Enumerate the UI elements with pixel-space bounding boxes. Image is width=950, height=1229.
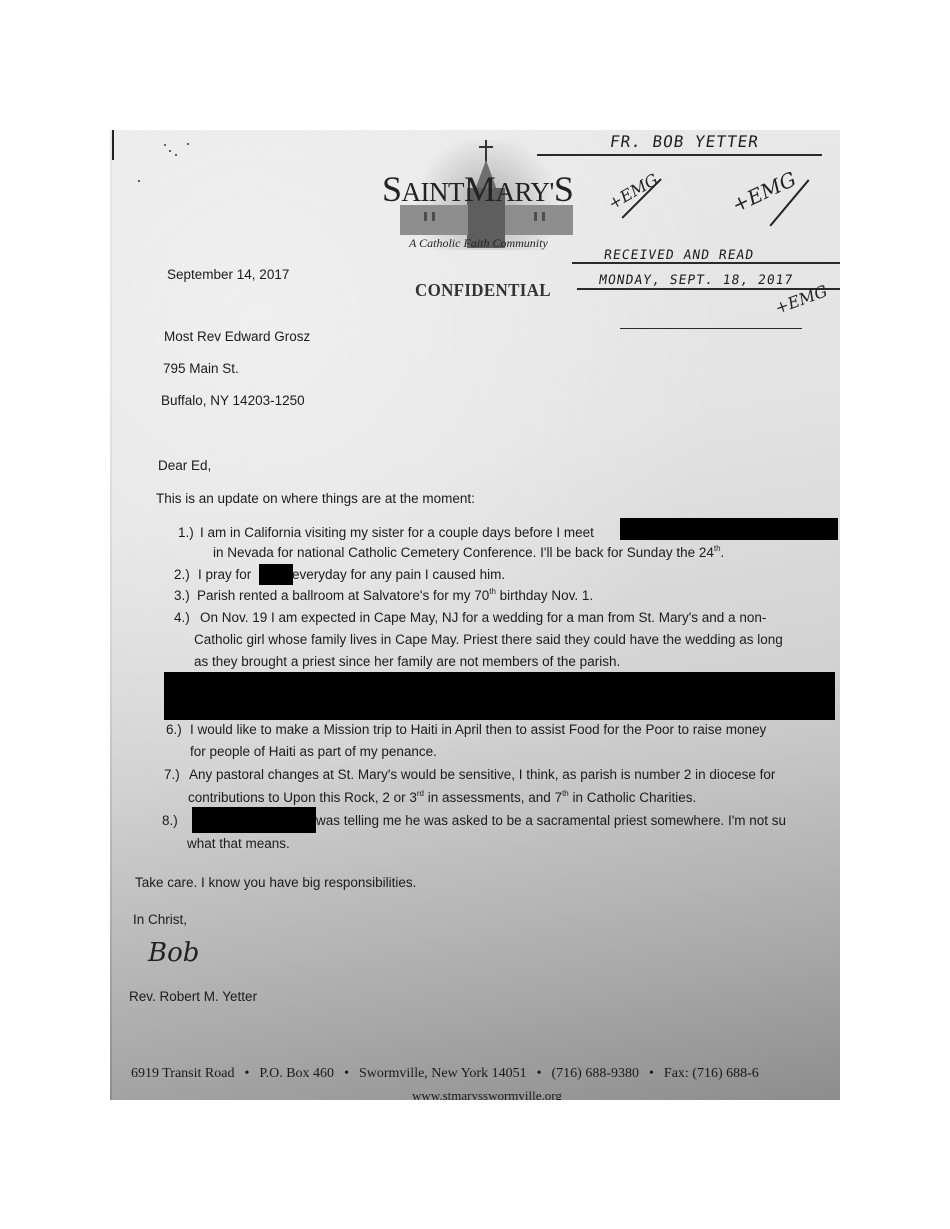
handwritten-received-note: RECEIVED AND READ bbox=[603, 248, 755, 263]
redaction-box bbox=[620, 518, 838, 540]
item-text: I would like to make a Mission trip to H… bbox=[190, 722, 766, 737]
item-text: what that means. bbox=[187, 836, 290, 851]
handwritten-underline bbox=[572, 262, 840, 264]
item-number: 2.) bbox=[174, 567, 190, 582]
church-window-icon bbox=[432, 212, 435, 221]
recipient-name: Most Rev Edward Grosz bbox=[164, 329, 310, 344]
item-text: Catholic girl whose family lives in Cape… bbox=[194, 632, 783, 647]
item-text: I pray for bbox=[198, 567, 251, 582]
handwritten-initials: +EMG bbox=[728, 167, 800, 217]
parish-footer-address: 6919 Transit Road•P.O. Box 460•Swormvill… bbox=[131, 1066, 759, 1082]
item-text: in Nevada for national Catholic Cemetery… bbox=[213, 545, 724, 560]
item-number: 4.) bbox=[174, 610, 190, 625]
redaction-box bbox=[259, 564, 293, 585]
signature: Bob bbox=[148, 938, 199, 968]
item-text: I am in California visiting my sister fo… bbox=[200, 525, 594, 540]
footer-fax: Fax: (716) 688-6 bbox=[664, 1066, 759, 1081]
parish-name: SAINTMARY'S bbox=[382, 168, 573, 210]
speck bbox=[169, 150, 171, 152]
item-number: 7.) bbox=[164, 767, 180, 782]
recipient-city: Buffalo, NY 14203-1250 bbox=[161, 393, 305, 408]
parish-website: www.stmarysswormville.org bbox=[412, 1088, 562, 1100]
speck bbox=[138, 180, 140, 182]
cross-icon bbox=[485, 140, 487, 162]
footer-street: 6919 Transit Road bbox=[131, 1066, 234, 1081]
handwritten-addressee: FR. BOB YETTER bbox=[609, 132, 761, 151]
item-number: 6.) bbox=[166, 722, 182, 737]
recipient-street: 795 Main St. bbox=[163, 361, 239, 376]
footer-city: Swormville, New York 14051 bbox=[359, 1066, 527, 1081]
intro-line: This is an update on where things are at… bbox=[156, 491, 475, 506]
item-text: as they brought a priest since her famil… bbox=[194, 654, 620, 669]
redaction-box bbox=[192, 807, 316, 833]
confidential-stamp: CONFIDENTIAL bbox=[415, 281, 551, 302]
salutation: Dear Ed, bbox=[158, 458, 211, 473]
letter-page: SAINTMARY'S A Catholic Faith Community C… bbox=[110, 130, 840, 1100]
item-text: for people of Haiti as part of my penanc… bbox=[190, 744, 437, 759]
redaction-box-item-5 bbox=[164, 672, 835, 720]
item-text: contributions to Upon this Rock, 2 or 3r… bbox=[188, 790, 696, 805]
handwritten-underline bbox=[537, 154, 822, 156]
church-window-icon bbox=[542, 212, 545, 221]
item-text: Any pastoral changes at St. Mary's would… bbox=[189, 767, 775, 782]
item-number: 3.) bbox=[174, 588, 190, 603]
letter-date: September 14, 2017 bbox=[167, 267, 289, 282]
church-window-icon bbox=[424, 212, 427, 221]
item-text: Parish rented a ballroom at Salvatore's … bbox=[197, 588, 593, 603]
speck bbox=[164, 144, 166, 146]
handwritten-underline bbox=[620, 328, 802, 329]
closing-note: Take care. I know you have big responsib… bbox=[135, 875, 416, 890]
footer-po-box: P.O. Box 460 bbox=[259, 1066, 334, 1081]
speck bbox=[175, 154, 177, 156]
footer-phone: (716) 688-9380 bbox=[552, 1066, 640, 1081]
item-text: On Nov. 19 I am expected in Cape May, NJ… bbox=[200, 610, 766, 625]
item-text: everyday for any pain I caused him. bbox=[292, 567, 505, 582]
item-text: was telling me he was asked to be a sacr… bbox=[316, 813, 786, 828]
church-window-icon bbox=[534, 212, 537, 221]
item-number: 1.) bbox=[178, 525, 194, 540]
signer-name: Rev. Robert M. Yetter bbox=[129, 989, 257, 1004]
valediction: In Christ, bbox=[133, 912, 187, 927]
cross-icon-bar bbox=[479, 146, 493, 148]
item-number: 8.) bbox=[162, 813, 178, 828]
speck bbox=[187, 143, 189, 145]
handwritten-date-note: MONDAY, SEPT. 18, 2017 bbox=[598, 273, 794, 288]
parish-tagline: A Catholic Faith Community bbox=[409, 236, 548, 251]
